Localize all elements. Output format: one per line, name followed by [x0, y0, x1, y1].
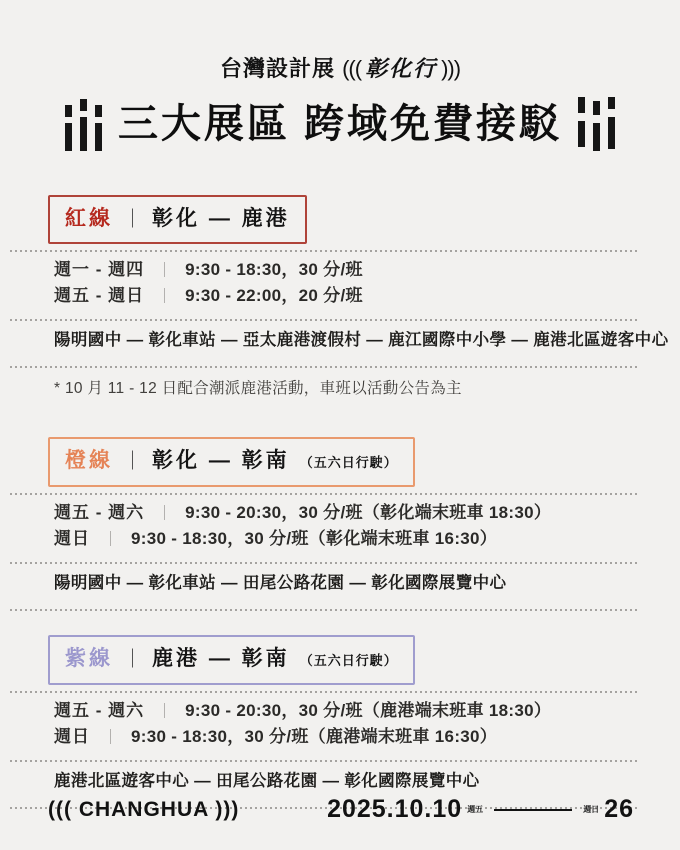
start-date: 2025.10.10 — [327, 795, 462, 824]
schedule-time: 9:30 - 18:30，30 分/班（鹿港端末班車 16:30） — [131, 724, 497, 749]
shuttle-schedule-poster: 台灣設計展 (((彰化行))) 三大展區 跨域免費接駁 紅線 ｜ 彰化 — 鹿港… — [0, 0, 680, 850]
separator: ｜ — [103, 725, 118, 750]
schedule-row: 週一 - 週四 ｜ 9:30 - 18:30，30 分/班 — [54, 257, 632, 283]
event-date-range: 2025.10.10 週五 週日 26 — [327, 795, 634, 824]
separator: ｜ — [123, 646, 142, 674]
schedule-time: 9:30 - 20:30，30 分/班（鹿港端末班車 18:30） — [185, 698, 551, 723]
separator: ｜ — [157, 258, 172, 283]
line-name: 橙線 — [65, 447, 113, 475]
schedule-row: 週五 - 週六 ｜ 9:30 - 20:30，30 分/班（彰化端末班車 18:… — [54, 500, 632, 526]
start-weekday: 週五 — [467, 804, 483, 815]
schedule-row: 週日 ｜ 9:30 - 18:30，30 分/班（彰化端末班車 16:30） — [54, 526, 632, 552]
dashed-bars-icon — [578, 97, 615, 151]
schedule-block: 週五 - 週六 ｜ 9:30 - 20:30，30 分/班（彰化端末班車 18:… — [48, 495, 632, 556]
date-range-dash — [494, 809, 572, 811]
route-badge-purple: 紫線 ｜ 鹿港 — 彰南 （五六日行駛） — [48, 635, 415, 685]
dashed-bars-icon — [65, 97, 102, 151]
route-section-purple: 紫線 ｜ 鹿港 — 彰南 （五六日行駛） 週五 - 週六 ｜ 9:30 - 20… — [48, 635, 632, 809]
main-title-row: 三大展區 跨域免費接駁 — [48, 97, 632, 151]
schedule-time: 9:30 - 18:30，30 分/班 — [185, 257, 363, 282]
dotted-divider — [10, 609, 638, 611]
route-endpoints: 鹿港 — 彰南 — [152, 645, 290, 673]
event-name: 台灣設計展 — [220, 56, 335, 81]
schedule-time: 9:30 - 20:30，30 分/班（彰化端末班車 18:30） — [185, 500, 551, 525]
footer: ((( CHANGHUA ))) 2025.10.10 週五 週日 26 — [48, 795, 634, 824]
schedule-row: 週五 - 週六 ｜ 9:30 - 20:30，30 分/班（鹿港端末班車 18:… — [54, 698, 632, 724]
route-footnote: * 10 月 11 - 12 日配合潮派鹿港活動，車班以活動公告為主 — [54, 377, 632, 401]
separator: ｜ — [157, 501, 172, 526]
schedule-days: 週日 — [54, 724, 90, 749]
separator: ｜ — [103, 527, 118, 552]
route-note: （五六日行駛） — [300, 647, 398, 675]
separator: ｜ — [123, 448, 142, 476]
event-title: 台灣設計展 (((彰化行))) — [48, 0, 632, 83]
schedule-days: 週五 - 週六 — [54, 500, 144, 525]
route-badge-red: 紅線 ｜ 彰化 — 鹿港 — [48, 195, 307, 244]
logo-open-parens: ((( — [342, 56, 361, 81]
route-note: （五六日行駛） — [300, 449, 398, 477]
route-endpoints: 彰化 — 鹿港 — [152, 205, 290, 233]
separator: ｜ — [123, 206, 142, 234]
logo-wordmark: 彰化行 — [361, 56, 441, 81]
line-name: 紅線 — [65, 205, 113, 233]
route-badge-orange: 橙線 ｜ 彰化 — 彰南 （五六日行駛） — [48, 437, 415, 487]
route-section-red: 紅線 ｜ 彰化 — 鹿港 週一 - 週四 ｜ 9:30 - 18:30，30 分… — [48, 195, 632, 401]
schedule-days: 週日 — [54, 526, 90, 551]
separator: ｜ — [157, 284, 172, 309]
line-name: 紫線 — [65, 645, 113, 673]
schedule-row: 週五 - 週日 ｜ 9:30 - 22:00，20 分/班 — [54, 283, 632, 309]
page-title: 三大展區 跨域免費接駁 — [118, 98, 562, 150]
schedule-days: 週五 - 週日 — [54, 283, 144, 308]
changhua-wordmark: ((( CHANGHUA ))) — [48, 798, 239, 822]
dotted-divider — [10, 366, 638, 368]
schedule-block: 週五 - 週六 ｜ 9:30 - 20:30，30 分/班（鹿港端末班車 18:… — [48, 693, 632, 754]
end-date: 26 — [604, 795, 634, 824]
schedule-row: 週日 ｜ 9:30 - 18:30，30 分/班（鹿港端末班車 16:30） — [54, 724, 632, 750]
separator: ｜ — [157, 699, 172, 724]
schedule-days: 週五 - 週六 — [54, 698, 144, 723]
route-endpoints: 彰化 — 彰南 — [152, 447, 290, 475]
schedule-time: 9:30 - 22:00，20 分/班 — [185, 283, 363, 308]
route-section-orange: 橙線 ｜ 彰化 — 彰南 （五六日行駛） 週五 - 週六 ｜ 9:30 - 20… — [48, 437, 632, 611]
route-stops: 陽明國中 — 彰化車站 — 田尾公路花園 — 彰化國際展覽中心 — [48, 564, 632, 603]
schedule-days: 週一 - 週四 — [54, 257, 144, 282]
logo-close-parens: ))) — [441, 56, 460, 81]
route-stops: 陽明國中 — 彰化車站 — 亞太鹿港渡假村 — 鹿江國際中小學 — 鹿港北區遊客… — [48, 321, 632, 360]
end-weekday: 週日 — [583, 804, 599, 815]
schedule-block: 週一 - 週四 ｜ 9:30 - 18:30，30 分/班 週五 - 週日 ｜ … — [48, 252, 632, 313]
schedule-time: 9:30 - 18:30，30 分/班（彰化端末班車 16:30） — [131, 526, 497, 551]
